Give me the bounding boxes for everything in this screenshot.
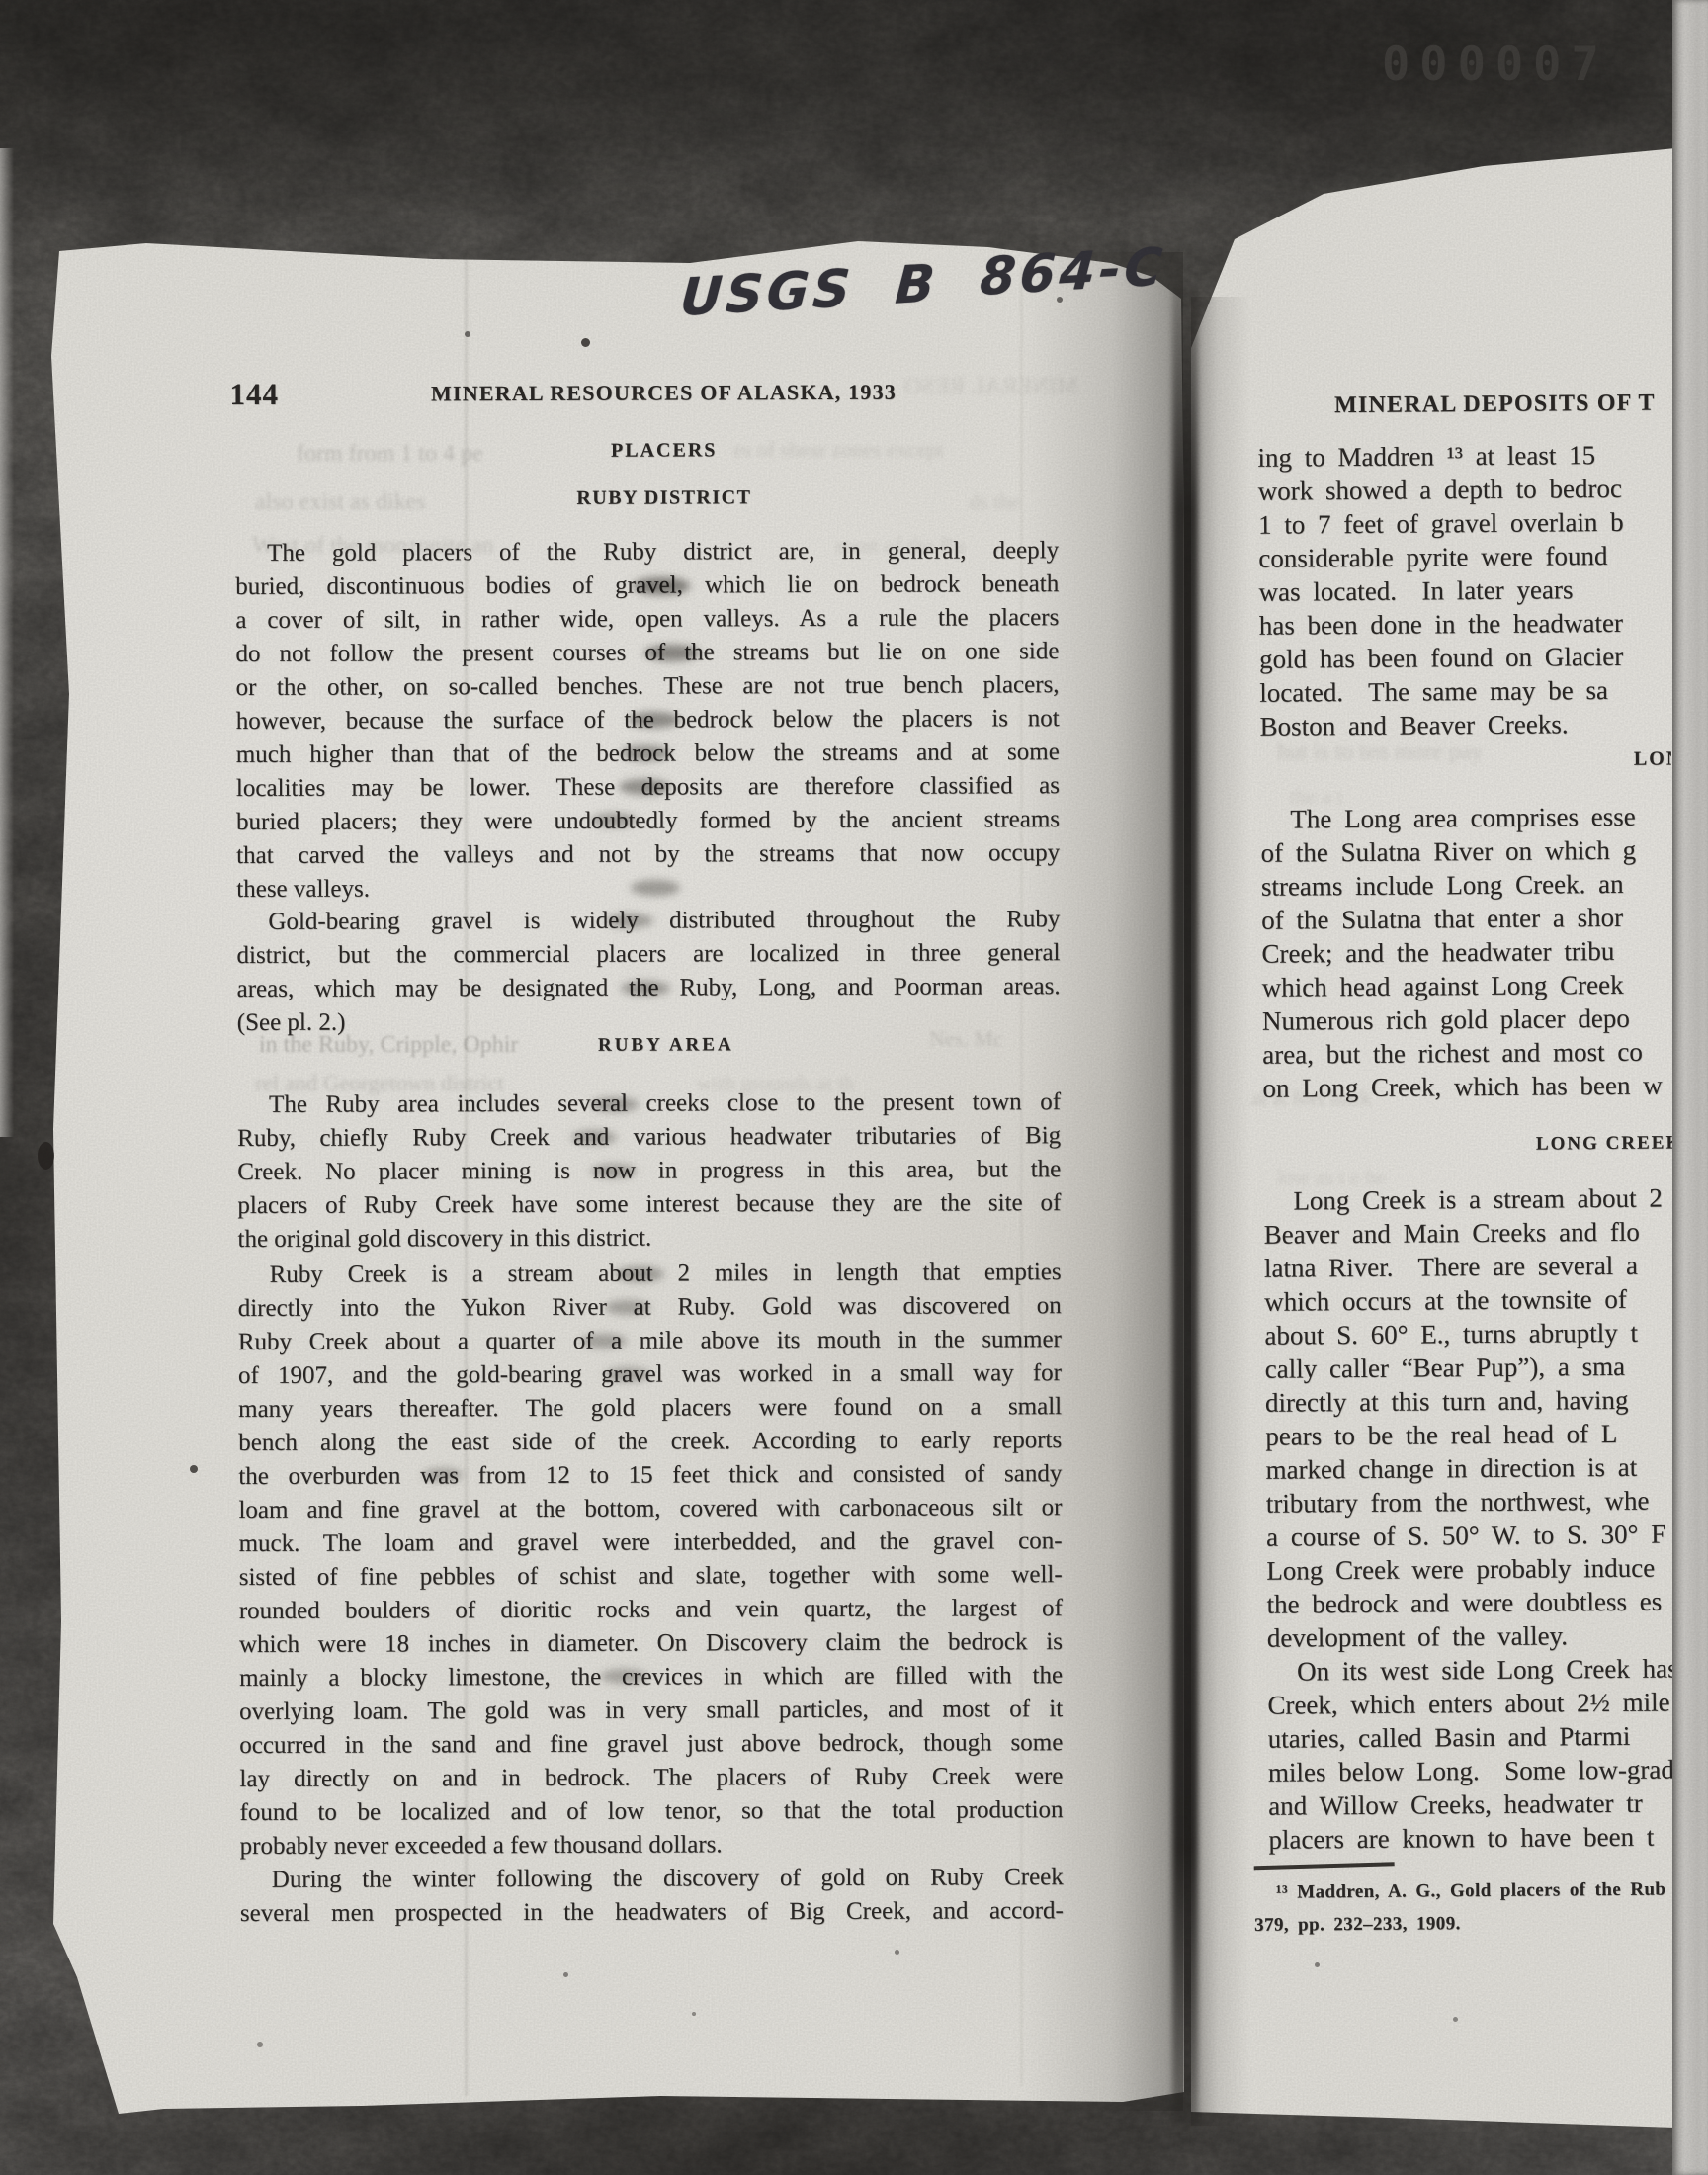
text-line: streams include Long Creek. an <box>1261 866 1682 904</box>
text-line: and Willow Creeks, headwater tr <box>1268 1785 1682 1823</box>
text-line: miles below Long. Some low-grad <box>1268 1752 1682 1789</box>
text-line: mainly a blocky limestone, the crevices … <box>239 1659 1063 1696</box>
copier-edge-left <box>0 148 14 1137</box>
speck <box>465 331 470 337</box>
text-line: several men prospected in the headwaters… <box>240 1894 1064 1931</box>
text-line: Creek; and the headwater tribu <box>1261 933 1681 971</box>
text-line: work showed a depth to bedroc <box>1258 471 1682 508</box>
text-line: latna River. There are several a <box>1264 1248 1682 1285</box>
text-line: a cover of silt, in rather wide, open va… <box>235 601 1059 638</box>
text-line: On its west side Long Creek has <box>1267 1651 1682 1689</box>
heading-placers: PLACERS <box>467 439 862 463</box>
text-line: area, but the richest and most co <box>1262 1034 1682 1072</box>
photocopy-scan: MINERAL RESOform from 1 to 4 pees of she… <box>0 0 1708 2175</box>
paragraph: ing to Maddren ¹³ at least 15work showed… <box>1257 437 1681 743</box>
heading-ruby-area: RUBY AREA <box>469 1034 864 1057</box>
text-line: found to be localized and of low tenor, … <box>239 1793 1063 1830</box>
ink-blot <box>619 779 670 795</box>
paragraph: Ruby Creek is a stream about 2 miles in … <box>238 1256 1064 1864</box>
text-line: During the winter following the discover… <box>240 1861 1064 1897</box>
text-line: loam and fine gravel at the bottom, cove… <box>238 1491 1062 1527</box>
text-line: was located. In later years <box>1258 571 1681 609</box>
text-line: utaries, called Basin and Ptarmi <box>1268 1718 1682 1756</box>
document-number-stamp: 000007 <box>1382 38 1609 92</box>
ink-blot <box>621 745 670 761</box>
copier-edge-right <box>1672 0 1708 2175</box>
ink-blot <box>615 1266 664 1282</box>
text-line: ing to Maddren ¹³ at least 15 <box>1257 437 1681 475</box>
text-line: the original gold discovery in this dist… <box>237 1220 1061 1257</box>
speck <box>563 1972 568 1977</box>
running-title: MINERAL RESOURCES OF ALASKA, 1933 <box>416 380 910 407</box>
speck <box>1315 1962 1320 1967</box>
text-line: considerable pyrite were found <box>1258 538 1682 575</box>
text-line: muck. The loam and gravel were interbedd… <box>239 1524 1063 1561</box>
text-line: 1 to 7 feet of gravel overlain b <box>1258 504 1682 542</box>
text-line: of the Sulatna River on which g <box>1260 832 1681 870</box>
text-line: occurred in the sand and fine gravel jus… <box>239 1726 1063 1763</box>
text-line: Beaver and Main Creeks and flo <box>1264 1214 1682 1252</box>
text-line: rounded boulders of dioritic rocks and v… <box>239 1592 1063 1628</box>
handwritten-number: 864-C <box>979 237 1168 307</box>
text-line: 379, pp. 232–233, 1909. <box>1254 1905 1682 1942</box>
text-line: about S. 60° E., turns abruptly t <box>1264 1315 1681 1352</box>
speck <box>38 1142 54 1170</box>
text-line: Boston and Beaver Creeks. <box>1259 706 1681 743</box>
text-line: probably never exceeded a few thousand d… <box>240 1827 1064 1864</box>
text-line: overlying loam. The gold was in very sma… <box>239 1693 1063 1729</box>
footnote-rule <box>1254 1862 1395 1870</box>
text-line: many years thereafter. The gold placers … <box>238 1390 1062 1427</box>
text-line: lay directly on and in bedrock. The plac… <box>239 1760 1063 1796</box>
text-line: development of the valley. <box>1267 1617 1682 1655</box>
ink-blot <box>644 645 700 661</box>
text-line: Long Creek is a stream about 2 <box>1263 1180 1681 1218</box>
text-line: located. The same may be sa <box>1259 672 1682 710</box>
ink-blot <box>591 1164 637 1178</box>
text-line: which head against Long Creek <box>1262 967 1682 1004</box>
paragraph: The Ruby area includes several creeks cl… <box>237 1086 1062 1257</box>
text-line: which were 18 inches in diameter. On Dis… <box>239 1625 1063 1662</box>
handwritten-b: B <box>894 254 941 316</box>
text-line: pears to be the real head of L <box>1265 1416 1682 1453</box>
text-line: Numerous rich gold placer depo <box>1262 1000 1682 1038</box>
text-line: has been done in the headwater <box>1259 605 1682 643</box>
text-line: cally caller “Bear Pup”), a sma <box>1265 1348 1682 1386</box>
paragraph: On its west side Long Creek hasCreek, wh… <box>1267 1651 1682 1857</box>
text-line: a course of S. 50° W. to S. 30° F <box>1266 1517 1682 1554</box>
ink-blot <box>605 1367 650 1382</box>
text-line: sisted of fine pebbles of schist and sla… <box>239 1558 1063 1595</box>
ink-blot <box>629 712 680 728</box>
speck <box>1453 2017 1458 2022</box>
text-line: Creek. No placer mining is now in progre… <box>237 1153 1061 1189</box>
ink-blot <box>621 981 670 996</box>
ink-blot <box>606 913 653 928</box>
ink-blot <box>591 1097 639 1112</box>
ink-blot <box>631 880 680 896</box>
heading-long-creek: LONG CREEK A <box>1536 1132 1682 1156</box>
text-line: on Long Creek, which has been w <box>1262 1068 1681 1105</box>
text-line: The Ruby area includes several creeks cl… <box>237 1086 1061 1122</box>
text-line: tributary from the northwest, whe <box>1266 1483 1682 1521</box>
ink-blot <box>591 813 637 827</box>
ink-blot <box>581 1334 627 1348</box>
ink-blot <box>601 1669 646 1684</box>
text-line: bench along the east side of the creek. … <box>238 1424 1062 1460</box>
text-line: placers of Ruby Creek have some interest… <box>237 1186 1061 1223</box>
speck <box>692 2012 696 2016</box>
speck <box>190 1465 198 1473</box>
text-line: marked change in direction is at <box>1265 1449 1681 1487</box>
speck <box>257 2042 263 2047</box>
paragraph: The Long area comprises esseof the Sulat… <box>1260 799 1682 1105</box>
ink-blot <box>423 1468 463 1482</box>
paragraph: Long Creek is a stream about 2Beaver and… <box>1263 1180 1681 1655</box>
text-line: gold has been found on Glacier <box>1259 639 1682 676</box>
text-line: or the other, on so-called benches. Thes… <box>235 668 1059 705</box>
handwritten-usgs: USGS <box>678 259 856 328</box>
text-line: Creek, which enters about 2½ mile <box>1267 1685 1681 1722</box>
text-line: of the Sulatna that enter a shor <box>1261 900 1682 937</box>
text-line: The Long area comprises esse <box>1260 799 1682 836</box>
paragraph: During the winter following the discover… <box>240 1861 1064 1931</box>
text-line: that carved the valleys and not by the s… <box>236 836 1060 873</box>
running-title: MINERAL DEPOSITS OF T <box>1334 391 1656 420</box>
text-line: The gold placers of the Ruby district ar… <box>235 534 1059 570</box>
page-number: 144 <box>229 377 279 412</box>
footnote: ¹³ Maddren, A. G., Gold placers of the R… <box>1254 1872 1682 1942</box>
ink-blot <box>605 1300 650 1315</box>
ink-blot <box>633 577 690 595</box>
speck <box>581 338 590 347</box>
text-line: which occurs at the townsite of <box>1264 1281 1682 1319</box>
right-page: MINERAL DEPOSITS OF T ing to Maddren ¹³ … <box>1184 135 1682 2129</box>
text-line: directly at this turn and, having <box>1265 1382 1682 1420</box>
text-line: placers are known to have been t <box>1268 1819 1681 1857</box>
text-line: district, but the commercial placers are… <box>236 936 1060 973</box>
text-line: Ruby, chiefly Ruby Creek and various hea… <box>237 1119 1061 1156</box>
text-line: the overburden was from 12 to 15 feet th… <box>238 1457 1062 1494</box>
heading-ruby-district: RUBY DISTRICT <box>467 486 862 510</box>
text-line: ¹³ Maddren, A. G., Gold placers of the R… <box>1254 1872 1682 1909</box>
speck <box>895 1950 899 1955</box>
text-line: buried placers; they were undoubtedly fo… <box>236 803 1060 839</box>
text-line: Ruby Creek about a quarter of a mile abo… <box>238 1323 1062 1359</box>
text-line: Long Creek were probably induce <box>1266 1550 1682 1588</box>
text-line: the bedrock and were doubtless es <box>1266 1584 1681 1621</box>
ink-blot <box>571 1130 617 1145</box>
